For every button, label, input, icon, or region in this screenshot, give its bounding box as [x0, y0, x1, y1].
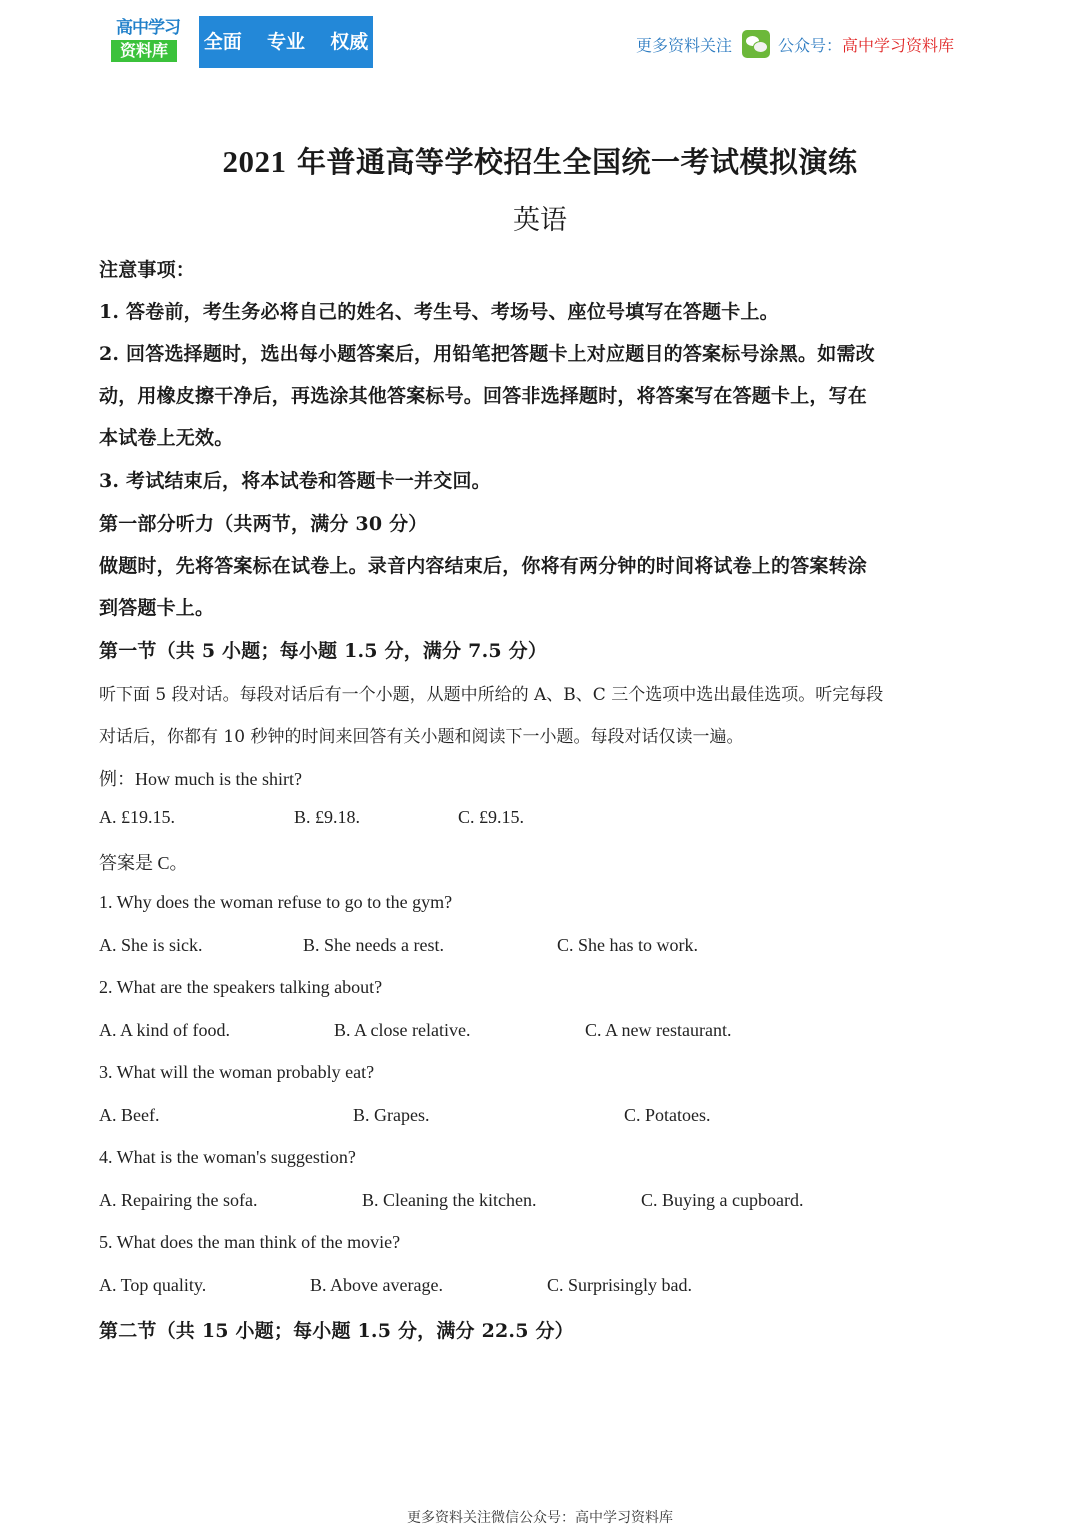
note-item: 3. 考试结束后，将本试卷和答题卡一并交回。: [99, 466, 491, 493]
example-question: 例：How much is the shirt?: [99, 765, 302, 791]
section1-instruction: 听下面 5 段对话。每段对话后有一个小题，从题中所给的 A、B、C 三个选项中选…: [99, 680, 883, 705]
section2-heading: 第二节（共 15 小题；每小题 1.5 分，满分 22.5 分）: [99, 1316, 574, 1343]
title-year: 2021: [222, 144, 286, 179]
question-3-option-b: B. Grapes.: [353, 1105, 429, 1126]
example-option-b: B. £9.18.: [294, 807, 360, 828]
title-text: 年普通高等学校招生全国统一考试模拟演练: [297, 145, 858, 179]
follow-notice: 更多资料关注 公众号： 高中学习资料库: [636, 28, 954, 60]
follow-account-label: 公众号：: [778, 33, 842, 56]
question-2-option-b: B. A close relative.: [334, 1020, 470, 1041]
question-1-option-b: B. She needs a rest.: [303, 935, 444, 956]
question-5: 5. What does the man think of the movie?: [99, 1232, 400, 1253]
question-2-option-c: C. A new restaurant.: [585, 1020, 731, 1041]
page-header: 高中学习 资料库 全面 专业 权威 更多资料关注 公众号： 高中学习资料库: [0, 0, 1080, 80]
question-4-option-a: A. Repairing the sofa.: [99, 1190, 257, 1211]
logo-bottom-text: 资料库: [111, 40, 177, 62]
follow-prefix: 更多资料关注: [636, 33, 732, 56]
section1-instruction: 对话后，你都有 10 秒钟的时间来回答有关小题和阅读下一小题。每段对话仅读一遍。: [99, 722, 743, 747]
question-1: 1. Why does the woman refuse to go to th…: [99, 892, 452, 913]
slogan-banner: 全面 专业 权威: [199, 16, 373, 68]
part1-heading: 第一部分听力（共两节，满分 30 分）: [99, 509, 427, 536]
question-4-option-b: B. Cleaning the kitchen.: [362, 1190, 536, 1211]
question-2-option-a: A. A kind of food.: [99, 1020, 230, 1041]
question-3-option-a: A. Beef.: [99, 1105, 159, 1126]
part1-instruction: 做题时，先将答案标在试卷上。录音内容结束后，你将有两分钟的时间将试卷上的答案转涂: [99, 551, 867, 578]
part1-instruction: 到答题卡上。: [99, 593, 214, 620]
note-item: 动，用橡皮擦干净后，再选涂其他答案标号。回答非选择题时，将答案写在答题卡上，写在: [99, 381, 867, 408]
question-5-option-c: C. Surprisingly bad.: [547, 1275, 692, 1296]
wechat-icon: [742, 30, 770, 58]
question-3-option-c: C. Potatoes.: [624, 1105, 711, 1126]
question-4-option-c: C. Buying a cupboard.: [641, 1190, 803, 1211]
question-1-option-a: A. She is sick.: [99, 935, 203, 956]
page-subtitle: 英语: [0, 198, 1080, 237]
question-5-option-a: A. Top quality.: [99, 1275, 206, 1296]
question-1-option-c: C. She has to work.: [557, 935, 698, 956]
brand-logo: 高中学习 资料库: [111, 18, 185, 64]
question-4: 4. What is the woman's suggestion?: [99, 1147, 356, 1168]
follow-account-name: 高中学习资料库: [842, 33, 954, 56]
note-item: 1. 答卷前，考生务必将自己的姓名、考生号、考场号、座位号填写在答题卡上。: [99, 297, 779, 324]
section1-heading: 第一节（共 5 小题；每小题 1.5 分，满分 7.5 分）: [99, 636, 547, 663]
page-title: 2021 年普通高等学校招生全国统一考试模拟演练: [0, 140, 1080, 181]
notes-heading: 注意事项：: [99, 255, 195, 282]
page-footer: 更多资料关注微信公众号：高中学习资料库: [0, 1507, 1080, 1527]
example-answer: 答案是 C。: [99, 849, 188, 875]
note-item: 2. 回答选择题时，选出每小题答案后，用铅笔把答题卡上对应题目的答案标号涂黑。如…: [99, 339, 875, 366]
question-3: 3. What will the woman probably eat?: [99, 1062, 374, 1083]
question-2: 2. What are the speakers talking about?: [99, 977, 382, 998]
question-5-option-b: B. Above average.: [310, 1275, 443, 1296]
example-option-c: C. £9.15.: [458, 807, 524, 828]
note-item: 本试卷上无效。: [99, 423, 233, 450]
example-option-a: A. £19.15.: [99, 807, 175, 828]
logo-top-text: 高中学习: [111, 18, 185, 39]
